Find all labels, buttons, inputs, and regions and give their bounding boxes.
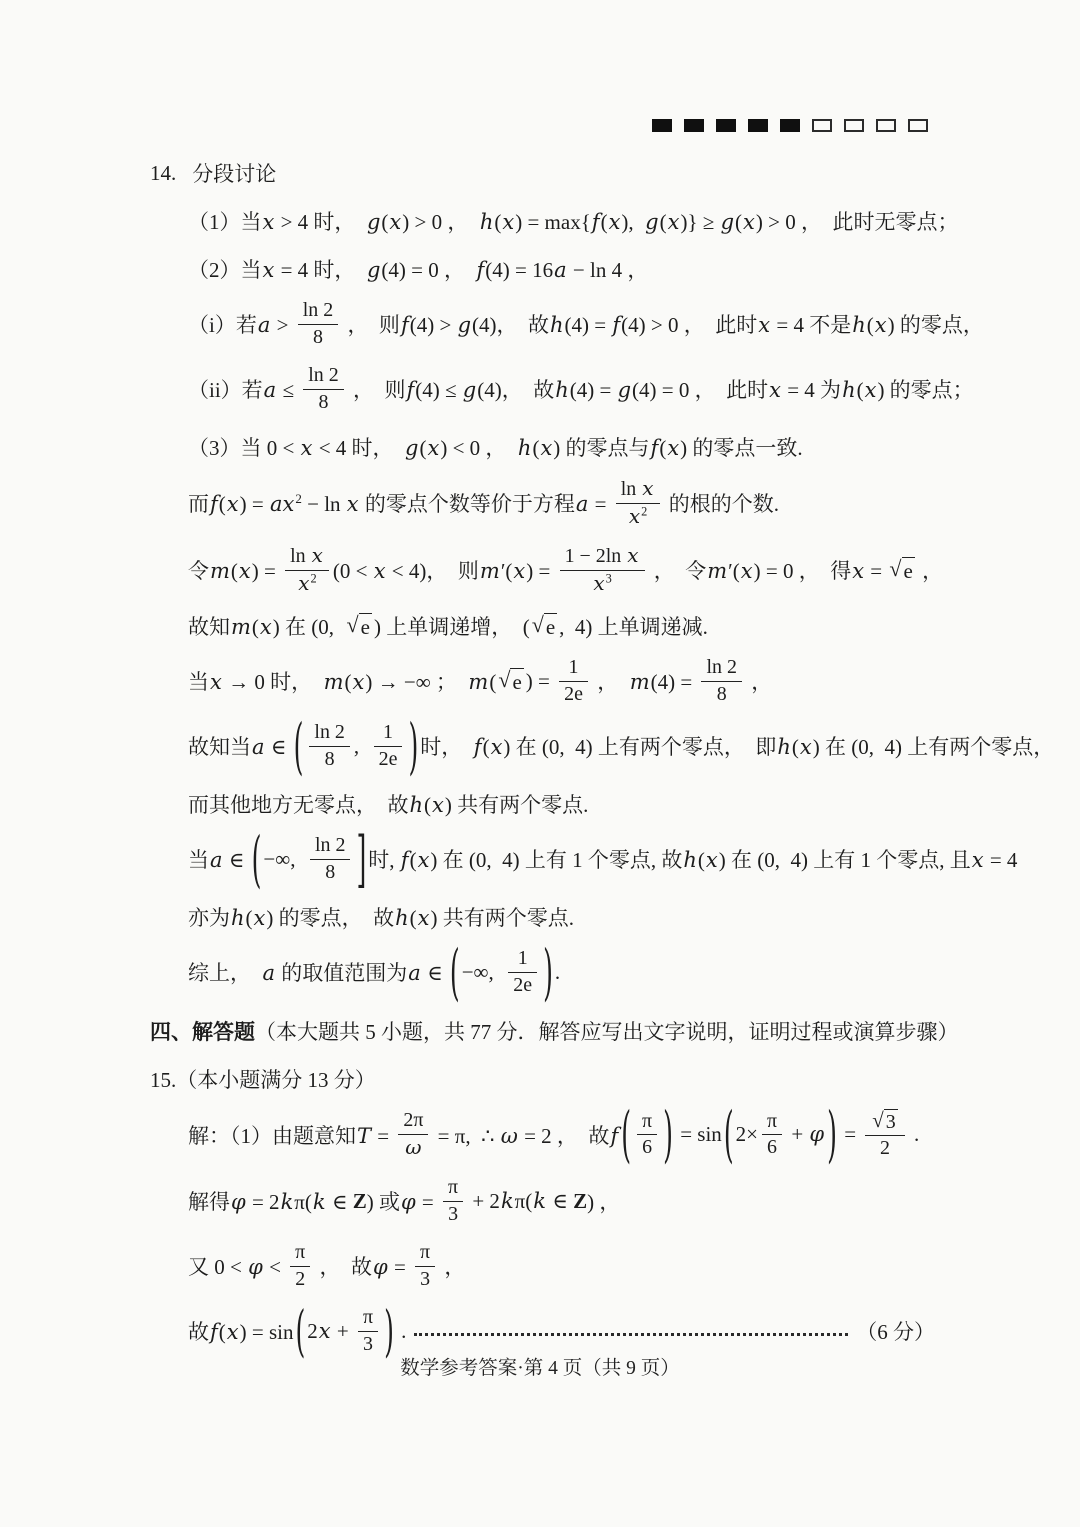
text-run: 综上， a 的取值范围为a ∈ [188,957,448,987]
text-run: ， 令m′(x) = 0 ， 得x = [649,555,888,585]
fraction: π3 [415,1241,435,1291]
radical-sign: √ [498,668,510,691]
math-var: f [650,436,660,460]
math-var: x [592,571,605,595]
progress-squares [652,119,928,132]
fraction-denominator: ω [398,1134,428,1161]
radicand: e [359,613,372,640]
radical-sign: √ [889,557,901,580]
math-var: x [799,735,813,759]
text-run: 而f(x) = ax2 − ln x 的零点个数等价于方程a = [188,488,612,518]
math-var: k [500,1189,515,1213]
fraction-denominator: 3 [415,1266,435,1292]
line-q14-title: 14.分段讨论 [150,158,1080,188]
math-var: x [352,670,366,694]
line-conclusion: 综上， a 的取值范围为a ∈ (−∞, 12e). [188,947,1080,997]
text-run: 时， f(x) 在 (0, 4) 上有两个零点， 即h(x) 在 (0, 4) … [420,731,1054,761]
math-var: x [666,436,680,460]
square-root: √e [532,613,557,640]
math-var: f [209,492,219,516]
math-var: x [705,848,719,872]
math-var: f [591,210,601,234]
math-var: x [297,571,310,595]
fraction: ln 28 [303,364,343,414]
math-var: h [851,313,867,337]
fraction-denominator: x2 [285,570,329,597]
fraction-numerator: 1 [513,947,533,972]
fraction-numerator: ln 2 [310,834,350,859]
fraction-numerator: ln 2 [298,299,338,324]
radical-sign: √ [532,613,544,636]
math-var: h [230,906,246,930]
math-var: φ [247,1255,264,1279]
math-var: a [251,735,266,759]
fraction: π3 [358,1306,378,1356]
math-var: x [226,1320,240,1344]
text-run: ， [746,666,772,696]
fraction-denominator: 6 [637,1134,657,1160]
math-var: m [629,670,651,694]
superscript: 2 [311,571,317,585]
line-case2-ii: （ii）若a ≤ ln 28 ， 则f(4) ≤ g(4)， 故h(4) = g… [188,364,1080,414]
text-run: + φ [786,1122,825,1147]
text-run: （6 分） [856,1316,935,1346]
fraction-denominator: 3 [443,1201,463,1227]
fraction: 12e [559,656,588,706]
line-equiv: 而f(x) = ax2 − ln x 的零点个数等价于方程a = ln xx2 … [188,477,1080,529]
text-run: = sin [675,1122,722,1147]
math-var: h [841,378,857,402]
math-var: x [608,210,622,234]
text-run: = [839,1122,861,1147]
fraction-numerator: π [762,1110,782,1135]
dotted-leader [414,1333,848,1336]
text-run: 2x + [307,1319,354,1344]
line-monotone: 故知m(x) 在 (0, √e) 上单调递增， (√e, 4) 上单调递减. [188,611,1080,641]
fraction-denominator: 2 [865,1135,904,1161]
math-var: f [400,313,410,337]
fraction: π6 [762,1110,782,1160]
math-var: h [549,313,565,337]
square-root: √3 [872,1109,897,1135]
line-elsewhere: 而其他地方无零点， 故h(x) 共有两个零点. [188,789,1080,819]
fraction-denominator: 6 [762,1134,782,1160]
math-var: m [467,670,489,694]
math-var: f [209,1320,219,1344]
math-var: h [554,378,570,402]
math-var: f [475,258,485,282]
text-run: ， 故φ = [314,1251,411,1281]
math-var: m [323,670,345,694]
math-var: x [501,210,515,234]
math-var: f [611,313,621,337]
math-var: x [874,313,888,337]
progress-square-filled [652,119,672,132]
fraction: 1 − 2ln xx3 [560,544,645,596]
progress-square-filled [748,119,768,132]
solution-lines: 14.分段讨论（1）当x > 4 时， g(x) > 0 ， h(x) = ma… [0,158,1080,1356]
progress-square-filled [780,119,800,132]
line-also-zero: 亦为h(x) 的零点， 故h(x) 共有两个零点. [188,902,1080,932]
math-var: g [462,378,477,402]
math-var: h [394,906,410,930]
radical-sign: √ [872,1109,884,1131]
fraction: ln 28 [701,656,741,706]
fraction-numerator: π [290,1241,310,1266]
fraction-denominator: 8 [309,746,349,772]
text-run: 而其他地方无零点， 故h(x) 共有两个零点. [188,789,588,819]
fraction-numerator: ln x [285,544,329,570]
text-run: −∞, [462,960,505,985]
answer-sheet-page: 14.分段讨论（1）当x > 4 时， g(x) > 0 ， h(x) = ma… [0,0,1080,1527]
math-var: x [373,559,387,583]
fraction: ln 28 [310,834,350,884]
math-var: a [263,378,278,402]
math-var: g [366,258,381,282]
fraction: 2πω [398,1109,428,1160]
fraction-numerator: π [443,1176,463,1201]
line-case2: （2）当x = 4 时， g(4) = 0 ， f(4) = 16a − ln … [188,254,1080,284]
math-var: x [300,436,314,460]
math-var: f [609,1124,619,1148]
big-paren: ( [724,1104,734,1164]
math-var: g [617,378,632,402]
math-var: x [253,906,267,930]
math-var: x [864,378,878,402]
text-run: . [909,1122,920,1147]
math-var: x [388,210,402,234]
line-mx-def: 令m(x) = ln xx2(0 < x < 4)， 则m′(x) = 1 − … [188,544,1080,596]
radical-sign: √ [347,613,359,636]
big-paren: ) [663,1104,673,1164]
radicand: e [510,668,523,695]
text-run: （1）当x > 4 时， g(x) > 0 ， h(x) = max{f(x),… [188,206,958,236]
page-footer: 数学参考答案·第 4 页（共 9 页） [0,1352,1080,1380]
fraction: π6 [637,1110,657,1160]
math-var: φ [230,1190,247,1214]
text-run: 的根的个数. [664,488,780,518]
text-run: . [555,960,560,985]
math-var: g [366,210,381,234]
fraction-denominator: 8 [298,324,338,350]
math-var: f [473,735,483,759]
fraction: π3 [443,1176,463,1226]
math-var: m [479,559,501,583]
line-q15-phi-solve: 解得φ = 2kπ(k ∈ Z) 或φ = π3 + 2kπ(k ∈ Z) ， [188,1176,1080,1226]
math-var: x [262,210,276,234]
text-run: 令m(x) = [188,555,281,585]
radicand: e [902,557,915,584]
text-run: −∞, [263,847,306,872]
text-run: 故f(x) = sin [188,1316,293,1346]
text-run: + 2kπ(k ∈ [467,1189,573,1214]
fraction: √32 [865,1109,904,1161]
text-run: = π, ∴ ω = 2 ， 故f [432,1120,619,1150]
text-run: （本大题共 5 小题，共 77 分．解答应写出文字说明，证明过程或演算步骤） [255,1016,959,1046]
big-paren: ( [450,942,460,1002]
math-var: f [405,378,415,402]
math-var: ω [500,1124,519,1148]
math-var: h [409,793,425,817]
math-var: x [628,504,641,528]
text-run: ， 则f(4) ≤ g(4)， 故h(4) = g(4) = 0 ， 此时x =… [348,374,974,404]
text-run: （3）当 0 < x < 4 时， g(x) < 0 ， h(x) 的零点与f(… [188,432,803,462]
math-var: ax [269,492,295,516]
line-section4: 四、解答题（本大题共 5 小题，共 77 分．解答应写出文字说明，证明过程或演算… [150,1016,1080,1046]
line-two-zeros: 故知当a ∈ (ln 28, 12e)时， f(x) 在 (0, 4) 上有两个… [188,721,1080,771]
line-q15-title: 15.（本小题满分 13 分） [150,1064,1080,1094]
math-var: f [400,848,410,872]
fraction-denominator: 2e [559,681,588,707]
fraction-numerator: π [415,1241,435,1266]
math-var: h [517,436,533,460]
fraction-numerator: ln 2 [303,364,343,389]
math-var: x [262,258,276,282]
math-var: φ [372,1255,389,1279]
fraction-numerator: 1 [378,721,398,746]
text-run: ) = [526,669,555,694]
text-run: 当a ∈ [188,844,250,874]
text-run: 当x → 0 时， m(x) → −∞ ； m( [188,666,496,696]
math-var: x [417,848,431,872]
text-run: 亦为h(x) 的零点， 故h(x) 共有两个零点. [188,902,574,932]
big-paren: ( [252,829,262,889]
math-var: x [768,378,782,402]
text-run: ， 则f(4) > g(4)， 故h(4) = f(4) > 0 ， 此时x =… [342,309,984,339]
math-var: x [259,615,273,639]
math-var: x [539,436,553,460]
math-var: x [431,793,445,817]
math-var: a [407,961,422,985]
big-paren: ) [384,1303,394,1358]
text-run: . [396,1319,407,1344]
text-run: ) 或φ = [367,1186,439,1216]
fraction-numerator: 1 [564,656,584,681]
square-root: √e [498,668,523,695]
bold-text: Z [573,1189,587,1214]
text-run: ， [439,1251,465,1281]
big-paren: ] [356,829,366,889]
line-q15-phi-range: 又 0 < φ < π2 ， 故φ = π3 ， [188,1241,1080,1291]
fraction-denominator: 8 [701,681,741,707]
math-var: m [209,559,231,583]
text-run: 时, f(x) 在 (0, 4) 上有 1 个零点, 故h(x) 在 (0, 4… [368,844,1017,874]
text-run: 2× [736,1122,758,1147]
progress-square-empty [908,119,928,132]
text-run: 故知m(x) 在 (0, [188,611,345,641]
math-var: ω [404,1135,422,1159]
math-var: φ [808,1122,825,1146]
fraction-denominator: 2 [290,1266,310,1292]
line-q15-step1: 解：（1）由题意知T = 2πω = π, ∴ ω = 2 ， 故f(π6) =… [188,1109,1080,1161]
fraction-denominator: x3 [560,570,645,597]
text-run: ， m(4) = [592,666,698,696]
big-paren: ) [827,1104,837,1164]
big-paren: ) [543,942,553,1002]
text-run: , [354,734,370,759]
line-case1: （1）当x > 4 时， g(x) > 0 ， h(x) = max{f(x),… [188,206,1080,236]
square-root: √e [347,613,372,640]
math-var: x [490,735,504,759]
line-limits: 当x → 0 时， m(x) → −∞ ； m(√e) = 12e ， m(4)… [188,656,1080,706]
math-var: g [457,313,472,337]
fraction: 12e [508,947,537,997]
math-var: a [553,258,568,282]
progress-square-empty [812,119,832,132]
text-run: ) 上单调递增， ( [374,611,530,641]
line-case2-i: （i）若a > ln 28 ， 则f(4) > g(4)， 故h(4) = f(… [188,299,1080,349]
bold-text: 四、解答题 [150,1016,255,1046]
fraction: ln 28 [309,721,349,771]
fraction-numerator: ln 2 [309,721,349,746]
text-run: 解得φ = 2kπ(k ∈ [188,1186,353,1216]
math-var: g [644,210,659,234]
math-var: x [318,1319,332,1343]
radicand: e [544,613,557,640]
math-var: a [257,313,272,337]
math-var: x [417,906,431,930]
text-run: 14. [150,161,176,186]
superscript: 2 [295,491,302,506]
text-run: （i）若a > [188,309,294,339]
text-run: 15.（本小题满分 13 分） [150,1064,376,1094]
math-var: x [512,559,526,583]
line-one-zero: 当a ∈ (−∞, ln 28]时, f(x) 在 (0, 4) 上有 1 个零… [188,834,1080,884]
math-var: φ [400,1190,417,1214]
math-var: m [230,615,252,639]
math-var: k [312,1190,327,1214]
math-var: x [971,848,985,872]
math-var: g [720,210,735,234]
fraction-numerator: π [637,1110,657,1135]
math-var: k [532,1189,547,1213]
math-var: x [740,559,754,583]
math-var: h [776,735,792,759]
progress-square-empty [844,119,864,132]
text-run: 又 0 < φ < [188,1251,286,1281]
math-var: x [626,543,639,567]
math-var: x [851,559,865,583]
fraction: π2 [290,1241,310,1291]
fraction-denominator: 8 [310,859,350,885]
fraction-numerator: 2π [398,1109,428,1134]
fraction: ln 28 [298,299,338,349]
line-case3: （3）当 0 < x < 4 时， g(x) < 0 ， h(x) 的零点与f(… [188,432,1080,462]
progress-square-filled [684,119,704,132]
text-run: 故知当a ∈ [188,731,292,761]
progress-square-empty [876,119,896,132]
math-var: x [742,210,756,234]
math-var: x [757,313,771,337]
line-q15-fx-result: 故f(x) = sin(2x + π3) .（6 分） [188,1306,935,1356]
radicand: 3 [884,1109,898,1135]
square-root: √e [889,557,914,584]
fraction-numerator: 1 − 2ln x [560,544,645,570]
math-var: h [479,210,495,234]
fraction-denominator: 2e [508,972,537,998]
fraction-numerator: ln x [616,477,660,503]
fraction-numerator: √3 [865,1109,904,1136]
superscript: 3 [606,571,612,585]
fraction-numerator: π [358,1306,378,1331]
big-paren: ( [621,1104,631,1164]
math-var: h [682,848,698,872]
math-var: x [311,543,324,567]
fraction-denominator: x2 [616,503,660,530]
math-var: x [226,492,240,516]
math-var: a [575,492,590,516]
fraction-numerator: ln 2 [701,656,741,681]
text-run: , 4) 上单调递减. [559,611,708,641]
math-var: k [280,1190,295,1214]
big-paren: ) [408,716,418,776]
math-var: m [706,559,728,583]
text-run: （2）当x = 4 时， g(4) = 0 ， f(4) = 16a − ln … [188,254,648,284]
fraction: ln xx2 [285,544,329,596]
text-run: （ii）若a ≤ [188,374,299,404]
progress-square-filled [716,119,736,132]
bold-text: Z [353,1189,367,1214]
math-var: x [667,210,681,234]
text-run: 解：（1）由题意知T = [188,1120,394,1150]
text-run: (0 < x < 4)， 则m′(x) = [333,555,556,585]
math-var: x [238,559,252,583]
fraction-denominator: 8 [303,389,343,415]
fraction: ln xx2 [616,477,660,529]
math-var: x [641,476,654,500]
math-var: g [404,436,419,460]
big-paren: ( [295,1303,305,1358]
math-var: x [346,492,360,516]
big-paren: ( [294,716,304,776]
math-var: a [262,961,277,985]
math-var: x [426,436,440,460]
text-run: ， [917,555,943,585]
text-run: 分段讨论 [192,158,276,188]
fraction-denominator: 2e [374,746,403,772]
math-var: a [209,848,224,872]
math-var: x [209,670,223,694]
superscript: 2 [641,504,647,518]
fraction: 12e [374,721,403,771]
math-var: T [356,1124,372,1148]
text-run: ) ， [587,1186,620,1216]
